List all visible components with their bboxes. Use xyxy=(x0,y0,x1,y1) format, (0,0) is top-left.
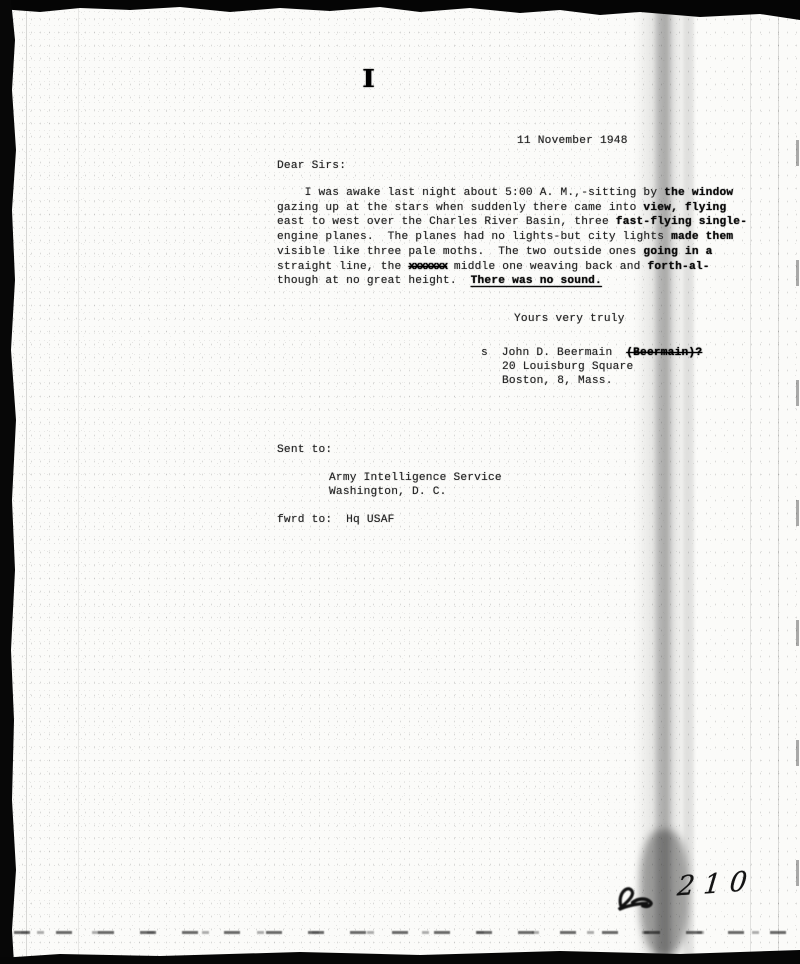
signature-address-2: Boston, 8, Mass. xyxy=(502,374,613,389)
recipient-line-1: Army Intelligence Service xyxy=(329,471,502,486)
handwritten-scribble xyxy=(611,876,676,920)
signature-name: John D. Beermain xyxy=(502,347,613,359)
signature-line: s John D. Beermain (Beermain)? xyxy=(481,346,702,361)
stray-ink-mark: I xyxy=(362,64,375,93)
signature-struck-alternate: (Beermain)? xyxy=(626,347,702,359)
letter-body-line: though at no great height. There was no … xyxy=(277,274,747,289)
letter-body-line: visible like three pale moths. The two o… xyxy=(277,245,747,260)
fold-line xyxy=(78,0,79,964)
fold-line xyxy=(750,0,751,964)
scan-edge-left xyxy=(0,0,18,964)
letter-body: I was awake last night about 5:00 A. M.,… xyxy=(277,186,747,289)
letter-body-line: east to west over the Charles River Basi… xyxy=(277,215,747,230)
scan-dashed-line xyxy=(14,931,800,934)
recipient-line-2: Washington, D. C. xyxy=(329,485,447,500)
scan-edge-right-marks xyxy=(796,140,799,900)
letter-body-line: gazing up at the stars when suddenly the… xyxy=(277,201,747,216)
forward-line: fwrd to: Hq USAF xyxy=(277,513,395,528)
letter-salutation: Dear Sirs: xyxy=(277,159,346,174)
handwritten-annotation: 210 xyxy=(610,860,783,926)
letter-body-line: I was awake last night about 5:00 A. M.,… xyxy=(277,186,747,201)
sent-to-label: Sent to: xyxy=(277,443,332,458)
letter-date: 11 November 1948 xyxy=(517,134,628,149)
fold-line xyxy=(26,0,27,964)
signature-gap xyxy=(488,347,502,359)
signature-prefix: s xyxy=(481,347,488,359)
scanned-letter-page: I 11 November 1948 Dear Sirs: I was awak… xyxy=(0,0,800,964)
signature-gap2 xyxy=(612,347,626,359)
letter-body-line: straight line, the xxxxxxx middle one we… xyxy=(277,260,747,275)
letter-closing: Yours very truly xyxy=(514,312,625,327)
scan-streak-secondary xyxy=(684,0,694,964)
handwritten-page-number: 210 xyxy=(676,866,758,903)
signature-address-1: 20 Louisburg Square xyxy=(502,360,633,375)
scan-streak-core xyxy=(656,0,670,964)
letter-body-line: engine planes. The planes had no lights-… xyxy=(277,230,747,245)
fold-line xyxy=(778,0,779,964)
